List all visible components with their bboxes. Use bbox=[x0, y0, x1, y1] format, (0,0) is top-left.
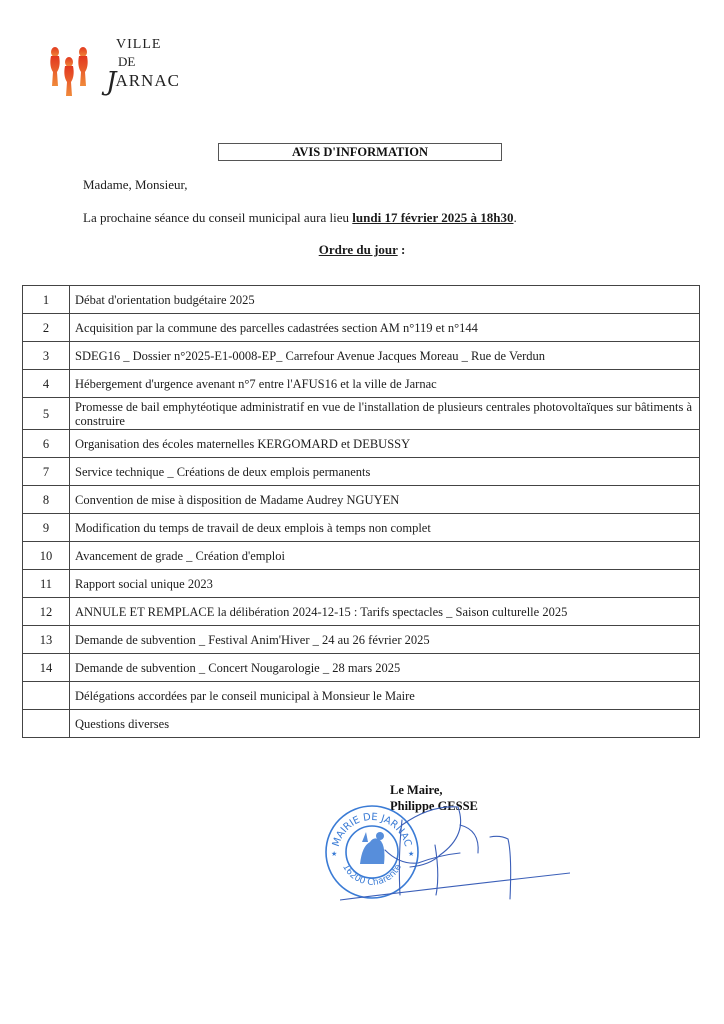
agenda-item-text: Acquisition par la commune des parcelles… bbox=[70, 314, 700, 342]
svg-text:★: ★ bbox=[331, 850, 337, 858]
meeting-announcement: La prochaine séance du conseil municipal… bbox=[83, 210, 517, 226]
agenda-item-text: Organisation des écoles maternelles KERG… bbox=[70, 430, 700, 458]
agenda-item-number: 5 bbox=[23, 398, 70, 430]
agenda-item-number: 7 bbox=[23, 458, 70, 486]
agenda-item-text: Service technique _ Créations de deux em… bbox=[70, 458, 700, 486]
agenda-item-text: Demande de subvention _ Festival Anim'Hi… bbox=[70, 626, 700, 654]
announcement-end: . bbox=[513, 210, 516, 225]
agenda-row: 14Demande de subvention _ Concert Nougar… bbox=[23, 654, 700, 682]
agenda-item-text: Convention de mise à disposition de Mada… bbox=[70, 486, 700, 514]
agenda-item-text: Modification du temps de travail de deux… bbox=[70, 514, 700, 542]
meeting-date: lundi 17 février 2025 à 18h30 bbox=[352, 210, 513, 225]
agenda-item-number: 9 bbox=[23, 514, 70, 542]
agenda-item-number bbox=[23, 710, 70, 738]
agenda-item-text: Délégations accordées par le conseil mun… bbox=[70, 682, 700, 710]
agenda-row: 10Avancement de grade _ Création d'emplo… bbox=[23, 542, 700, 570]
agenda-row: Questions diverses bbox=[23, 710, 700, 738]
agenda-row: 12ANNULE ET REMPLACE la délibération 202… bbox=[23, 598, 700, 626]
agenda-row: 3SDEG16 _ Dossier n°2025-E1-0008-EP_ Car… bbox=[23, 342, 700, 370]
agenda-row: 11Rapport social unique 2023 bbox=[23, 570, 700, 598]
agenda-item-text: Débat d'orientation budgétaire 2025 bbox=[70, 286, 700, 314]
logo-line-de: DE bbox=[106, 55, 186, 68]
agenda-heading: Ordre du jour : bbox=[0, 242, 724, 258]
agenda-item-text: Questions diverses bbox=[70, 710, 700, 738]
agenda-row: Délégations accordées par le conseil mun… bbox=[23, 682, 700, 710]
agenda-item-number: 12 bbox=[23, 598, 70, 626]
agenda-row: 1Débat d'orientation budgétaire 2025 bbox=[23, 286, 700, 314]
agenda-item-number: 11 bbox=[23, 570, 70, 598]
city-logo: VILLE DE JARNAC bbox=[48, 38, 178, 98]
agenda-row: 5Promesse de bail emphytéotique administ… bbox=[23, 398, 700, 430]
agenda-item-text: Hébergement d'urgence avenant n°7 entre … bbox=[70, 370, 700, 398]
agenda-row: 2Acquisition par la commune des parcelle… bbox=[23, 314, 700, 342]
agenda-item-text: Rapport social unique 2023 bbox=[70, 570, 700, 598]
agenda-item-number: 2 bbox=[23, 314, 70, 342]
agenda-heading-colon: : bbox=[398, 242, 406, 257]
agenda-row: 6Organisation des écoles maternelles KER… bbox=[23, 430, 700, 458]
handwritten-signature bbox=[340, 795, 570, 905]
agenda-item-number bbox=[23, 682, 70, 710]
agenda-row: 9Modification du temps de travail de deu… bbox=[23, 514, 700, 542]
agenda-item-text: Promesse de bail emphytéotique administr… bbox=[70, 398, 700, 430]
agenda-item-number: 4 bbox=[23, 370, 70, 398]
city-name: VILLE DE JARNAC bbox=[106, 38, 186, 95]
agenda-item-number: 3 bbox=[23, 342, 70, 370]
announcement-text: La prochaine séance du conseil municipal… bbox=[83, 210, 352, 225]
agenda-item-number: 13 bbox=[23, 626, 70, 654]
agenda-item-number: 6 bbox=[23, 430, 70, 458]
agenda-item-text: Avancement de grade _ Création d'emploi bbox=[70, 542, 700, 570]
agenda-item-text: ANNULE ET REMPLACE la délibération 2024-… bbox=[70, 598, 700, 626]
agenda-row: 4Hébergement d'urgence avenant n°7 entre… bbox=[23, 370, 700, 398]
agenda-item-number: 14 bbox=[23, 654, 70, 682]
logo-rest: ARNAC bbox=[115, 71, 180, 90]
document-title: AVIS D'INFORMATION bbox=[218, 143, 502, 161]
three-figures-logo-icon bbox=[48, 46, 92, 98]
agenda-item-number: 10 bbox=[23, 542, 70, 570]
greeting: Madame, Monsieur, bbox=[83, 177, 188, 193]
logo-line-jarnac: JARNAC bbox=[106, 69, 186, 95]
agenda-row: 8Convention de mise à disposition de Mad… bbox=[23, 486, 700, 514]
agenda-row: 7Service technique _ Créations de deux e… bbox=[23, 458, 700, 486]
agenda-table: 1Débat d'orientation budgétaire 20252Acq… bbox=[22, 285, 700, 738]
logo-line-ville: VILLE bbox=[112, 38, 186, 52]
agenda-item-number: 1 bbox=[23, 286, 70, 314]
agenda-item-text: Demande de subvention _ Concert Nougarol… bbox=[70, 654, 700, 682]
agenda-heading-text: Ordre du jour bbox=[319, 242, 398, 257]
agenda-row: 13Demande de subvention _ Festival Anim'… bbox=[23, 626, 700, 654]
agenda-item-text: SDEG16 _ Dossier n°2025-E1-0008-EP_ Carr… bbox=[70, 342, 700, 370]
agenda-item-number: 8 bbox=[23, 486, 70, 514]
